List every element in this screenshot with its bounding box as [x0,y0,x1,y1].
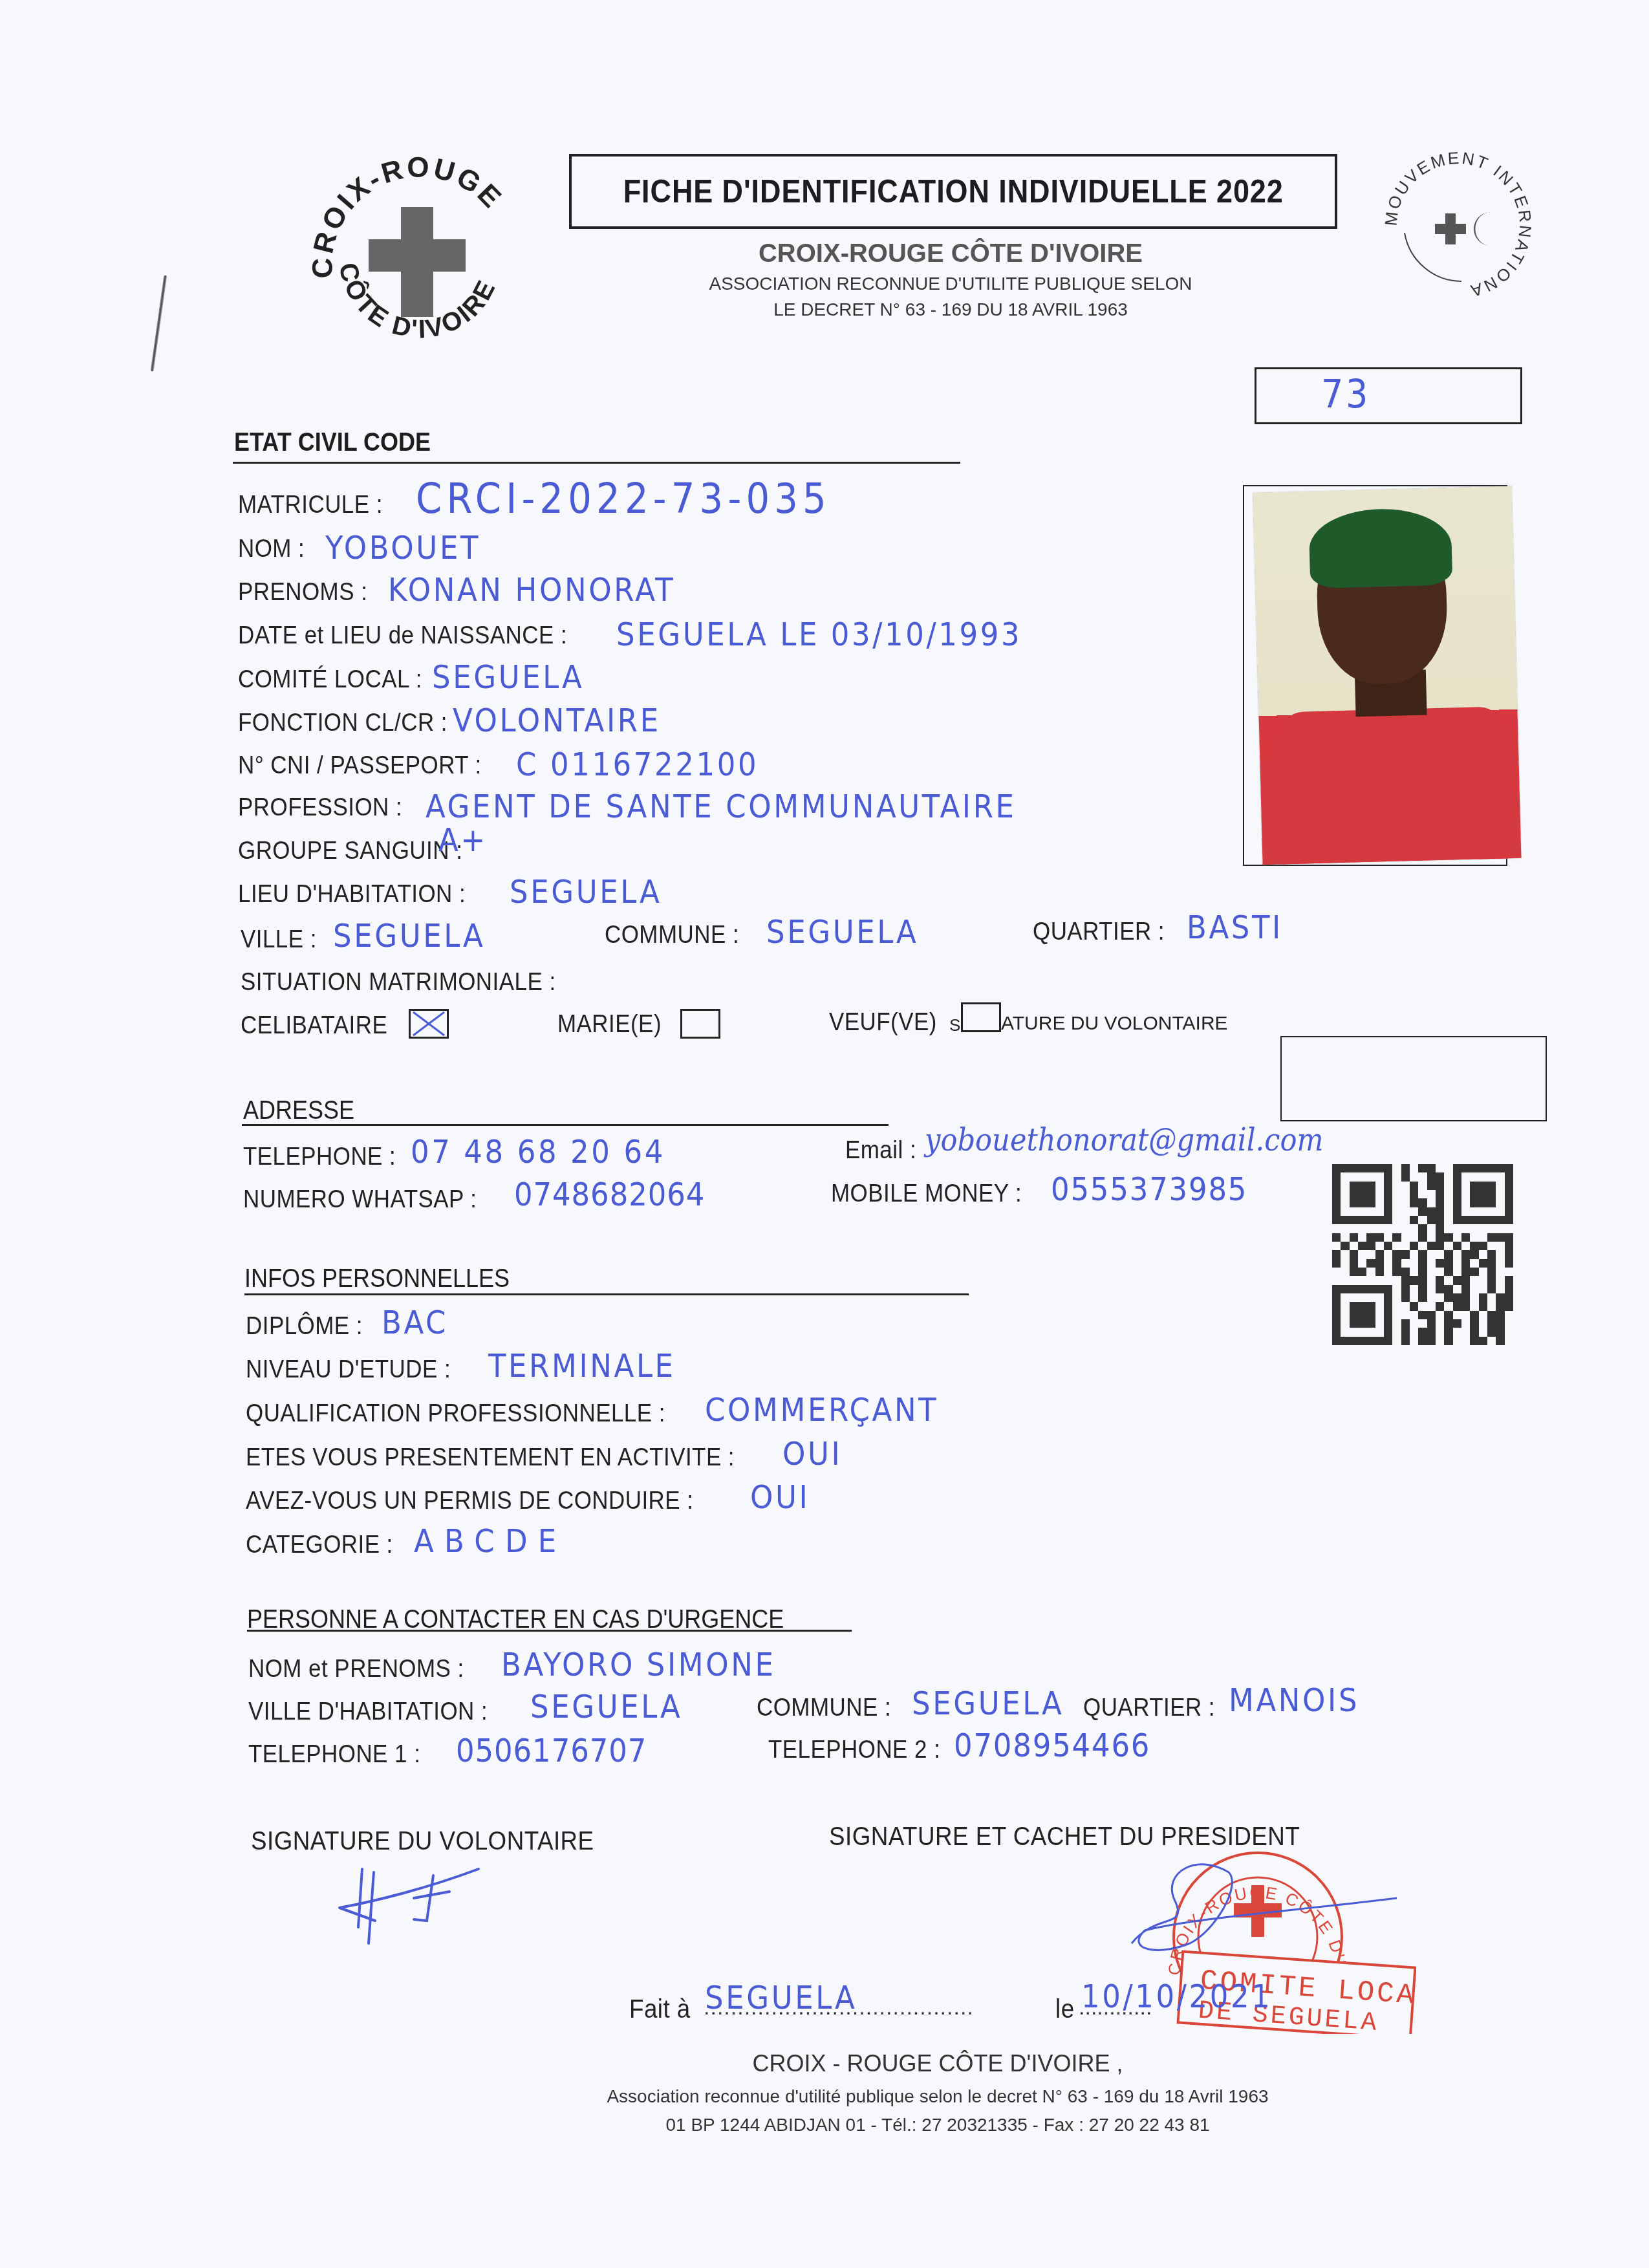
form-title: FICHE D'IDENTIFICATION INDIVIDUELLE 2022 [623,173,1284,210]
infos-label: AVEZ-VOUS UN PERMIS DE CONDUIRE : [246,1487,693,1515]
marie-label: MARIE(E) [557,1011,662,1039]
footer-address: 01 BP 1244 ABIDJAN 01 - Tél.: 27 2032133… [453,2115,1423,2135]
urgence-tel2-label: TELEPHONE 2 : [768,1736,940,1764]
urgence-commune-label: COMMUNE : [757,1694,891,1722]
telephone-label: TELEPHONE : [243,1143,396,1171]
etat-civil-label: NOM : [238,535,305,563]
urgence-tel1-label: TELEPHONE 1 : [248,1741,420,1769]
veuf-label: VEUF(VE) [829,1009,937,1037]
etat-civil-value[interactable]: A+ [438,821,488,859]
infos-label: QUALIFICATION PROFESSIONNELLE : [246,1400,665,1428]
etat-civil-value[interactable]: SEGUELA [510,873,662,911]
veuf-checkbox[interactable] [961,1002,1001,1032]
etat-civil-label: PROFESSION : [238,794,402,822]
ville-label: VILLE : [241,926,317,954]
commune-label: COMMUNE : [605,922,739,949]
urgence-ville-value[interactable]: SEGUELA [530,1688,682,1725]
divider [242,1124,889,1126]
urgence-nom-label: NOM et PRENOMS : [248,1656,464,1683]
whatsapp-label: NUMERO WHATSAP : [243,1186,477,1214]
etat-civil-label: PRENOMS : [238,579,367,607]
infos-label: ETES VOUS PRESENTEMENT EN ACTIVITE : [246,1444,735,1472]
etat-civil-label: N° CNI / PASSEPORT : [238,752,482,780]
infos-value[interactable]: OUI [750,1478,810,1516]
signature-volontaire-label: SIGNATURE DU VOLONTAIRE [251,1827,594,1856]
etat-civil-value[interactable]: C 0116722100 [516,746,759,783]
divider [233,462,960,464]
staple-mark [151,275,167,371]
fait-a-value[interactable]: SEGUELA [705,1979,857,2016]
infos-value[interactable]: ABCDE [414,1522,566,1560]
urgence-ville-label: VILLE D'HABITATION : [248,1698,488,1726]
divider [247,1630,852,1632]
date-value[interactable]: 10/10/2021 [1081,1978,1272,2015]
etat-civil-value[interactable]: SEGUELA [432,658,584,696]
quartier-label: QUARTIER : [1033,918,1165,946]
volunteer-signature [336,1863,504,1966]
etat-civil-label: MATRICULE : [238,491,383,519]
email-label: Email : [845,1137,916,1165]
etat-civil-label: FONCTION CL/CR : [238,709,447,737]
email-value[interactable]: yobouethonorat@gmail.com [925,1122,1323,1158]
section-adresse: ADRESSE [243,1096,354,1125]
urgence-quartier-value[interactable]: MANOIS [1229,1681,1359,1719]
celibataire-label: CELIBATAIRE [241,1012,387,1040]
situation-label: SITUATION MATRIMONIALE : [241,969,556,997]
le-label: le [1055,1995,1075,2024]
etat-civil-label: DATE et LIEU de NAISSANCE : [238,622,567,650]
form-title-box: FICHE D'IDENTIFICATION INDIVIDUELLE 2022 [569,154,1337,229]
etat-civil-value[interactable]: SEGUELA LE 03/10/1993 [616,616,1022,653]
overlap-s: S [949,1015,960,1035]
infos-label: NIVEAU D'ETUDE : [246,1356,451,1384]
file-number: 73 [1321,372,1370,417]
etat-civil-label: COMITÉ LOCAL : [238,666,422,694]
etat-civil-label: GROUPE SANGUIN : [238,837,462,865]
urgence-commune-value[interactable]: SEGUELA [912,1685,1064,1722]
id-photo [1253,486,1522,865]
footer-decree: Association reconnue d'utilité publique … [453,2086,1423,2107]
footer-org: CROIX - ROUGE CÔTE D'IVOIRE , [453,2050,1423,2077]
signature-volontaire-overlap: ATURE DU VOLONTAIRE [1001,1013,1228,1035]
mobile-money-label: MOBILE MONEY : [831,1180,1022,1208]
org-line2: LE DECRET N° 63 - 169 DU 18 AVRIL 1963 [569,299,1332,320]
infos-label: DIPLÔME : [246,1313,363,1341]
etat-civil-value[interactable]: AGENT DE SANTE COMMUNAUTAIRE [426,788,1017,825]
volunteer-signature-box [1280,1036,1547,1121]
urgence-nom-value[interactable]: BAYORO SIMONE [501,1646,776,1683]
international-movement-logo: MOUVEMENT INTERNATIONAL [1377,149,1546,310]
etat-civil-value[interactable]: YOBOUET [325,529,480,567]
divider [244,1293,969,1295]
qr-code[interactable] [1332,1164,1513,1345]
fait-a-label: Fait à [629,1995,691,2024]
infos-label: CATEGORIE : [246,1531,393,1559]
urgence-quartier-label: QUARTIER : [1083,1694,1215,1722]
etat-civil-value[interactable]: KONAN HONORAT [388,571,675,609]
section-etat-civil: ETAT CIVIL CODE [234,428,431,457]
etat-civil-value[interactable]: CRCI-2022-73-035 [416,475,831,523]
org-name: CROIX-ROUGE CÔTE D'IVOIRE [569,239,1332,268]
commune-value[interactable]: SEGUELA [766,913,918,951]
infos-value[interactable]: TERMINALE [488,1347,676,1385]
urgence-tel1-value[interactable]: 0506176707 [456,1732,647,1769]
croix-rouge-ci-logo: CROIX-ROUGE CÔTE D'IVOIRE [304,155,537,349]
infos-value[interactable]: OUI [782,1435,842,1473]
infos-value[interactable]: COMMERÇANT [705,1391,938,1429]
infos-value[interactable]: BAC [382,1304,448,1341]
urgence-tel2-value[interactable]: 0708954466 [954,1727,1150,1764]
etat-civil-value[interactable]: VOLONTAIRE [453,702,661,739]
ville-value[interactable]: SEGUELA [333,917,485,955]
marie-checkbox[interactable] [680,1009,720,1039]
file-number-box: 73 [1255,367,1522,424]
mobile-money-value[interactable]: 0555373985 [1051,1171,1247,1208]
quartier-value[interactable]: BASTI [1187,909,1283,946]
telephone-value[interactable]: 07 48 68 20 64 [411,1133,665,1171]
section-infos-personnelles: INFOS PERSONNELLES [244,1264,510,1293]
etat-civil-label: LIEU D'HABITATION : [238,881,466,909]
celibataire-checkbox[interactable] [409,1009,449,1039]
org-line1: ASSOCIATION RECONNUE D'UTILITE PUBLIQUE … [569,274,1332,294]
whatsapp-value[interactable]: 0748682064 [514,1176,705,1213]
